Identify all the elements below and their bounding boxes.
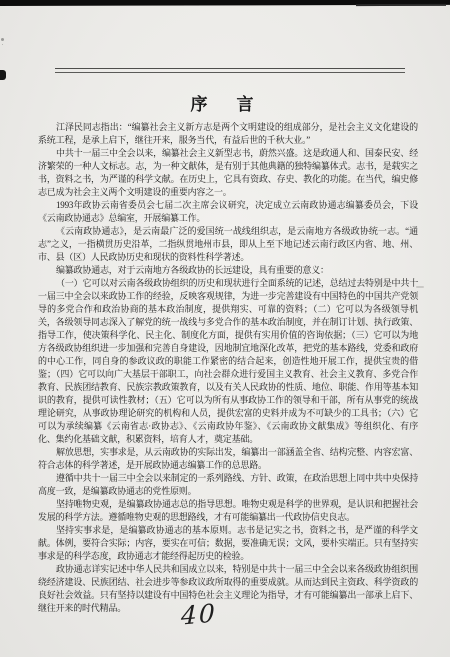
paragraph: 坚持唯物史观，是编纂政协通志总的指导思想。唯物史观是科学的世界观，是认识和把握社…: [38, 498, 418, 524]
scan-edge-artifact-left: [0, 70, 6, 80]
paragraph: 1993年政协云南省委员会七届二次主席会议研究，决定成立云南政协通志编纂委员会，…: [38, 199, 418, 225]
handwritten-page-number: 40: [181, 598, 217, 630]
page-title: 序 言: [0, 90, 450, 115]
paragraph: 中共十一届三中全会以来，编纂社会主义新型志书，蔚然兴盛。这是政通人和、国泰民安、…: [38, 147, 418, 199]
document-body: 江泽民同志指出：“编纂社会主义新方志是两个文明建设的组成部分，是社会主义文化建设…: [38, 121, 418, 615]
paragraph: 江泽民同志指出：“编纂社会主义新方志是两个文明建设的组成部分，是社会主义文化建设…: [38, 121, 418, 147]
paragraph: 遵循中共十一届三中全会以来制定的一系列路线、方针、政策，在政治思想上同中共中央保…: [38, 472, 418, 498]
header-double-rule: [55, 68, 405, 73]
paragraph: 坚持实事求是，是编纂政协通志的基本原则。志书是记实之书，资料之书，是严谨的科学文…: [38, 524, 418, 563]
scan-edge-artifact-top: [0, 0, 450, 6]
paragraph: （一）它可以对云南各级政协组织的历史和现状进行全面系统的记述，总结过去特别是中共…: [38, 277, 418, 446]
paragraph: 《云南政协通志》，是云南最广泛的爱国统一战线组织志，是云南地方各级政协统一志。“…: [38, 225, 418, 264]
scan-speckle: [1, 38, 4, 41]
scanned-document-page: 序 言 江泽民同志指出：“编纂社会主义新方志是两个文明建设的组成部分，是社会主义…: [0, 0, 450, 657]
paragraph: 编纂政协通志，对于云南地方各级政协的长远建设，具有重要的意义：: [38, 264, 418, 277]
paragraph: 政协通志详实记述中华人民共和国成立以来，特别是中共十一届三中全会以来各级政协组织…: [38, 563, 418, 615]
paragraph: 解放思想，实事求是，从云南政协的实际出发，编纂出一部涵盖全省、结构完整、内容宏富…: [38, 446, 418, 472]
